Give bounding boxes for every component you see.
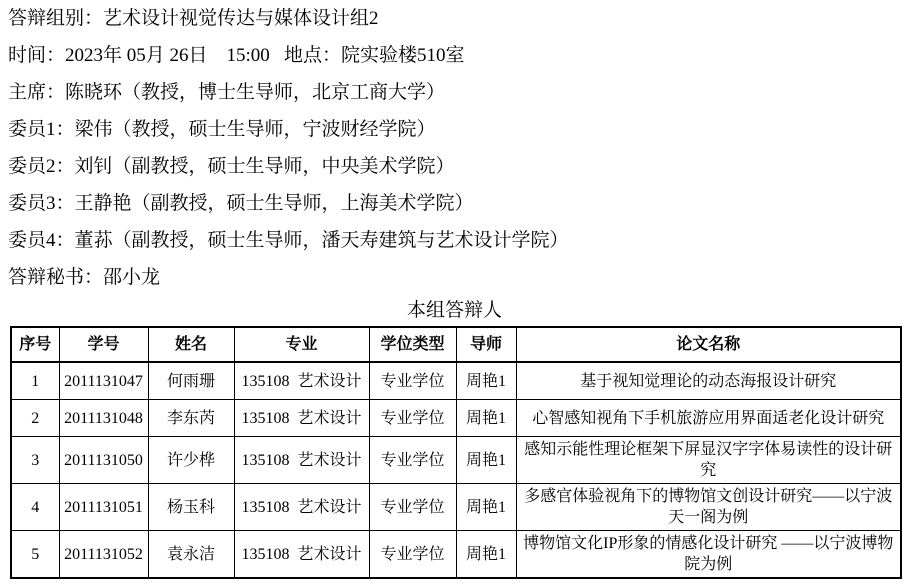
cell-advisor: 周艳1 — [456, 362, 516, 400]
defense-candidates-table: 序号 学号 姓名 专业 学位类型 导师 论文名称 1 2011131047 何雨… — [10, 326, 902, 579]
cell-thesis-title: 多感官体验视角下的博物馆文创设计研究——以宁波天一阁为例 — [516, 484, 901, 531]
cell-name: 许少桦 — [148, 437, 234, 484]
cell-index: 2 — [11, 400, 59, 437]
table-row: 4 2011131051 杨玉科 135108 艺术设计 专业学位 周艳1 多感… — [11, 484, 901, 531]
cell-degree-type: 专业学位 — [369, 400, 456, 437]
member4-line: 委员4：董荪（副教授，硕士生导师，潘天寿建筑与艺术设计学院） — [8, 222, 909, 259]
cell-student-id: 2011131051 — [59, 484, 148, 531]
cell-name: 袁永洁 — [148, 531, 234, 579]
defense-info-block: 答辩组别：艺术设计视觉传达与媒体设计组2 时间：2023年 05月 26日 15… — [0, 0, 909, 296]
secretary-line: 答辩秘书：邵小龙 — [8, 259, 909, 296]
column-header-student-id: 学号 — [59, 327, 148, 362]
cell-major: 135108 艺术设计 — [234, 484, 369, 531]
cell-degree-type: 专业学位 — [369, 484, 456, 531]
cell-thesis-title: 基于视知觉理论的动态海报设计研究 — [516, 362, 901, 400]
cell-major: 135108 艺术设计 — [234, 400, 369, 437]
cell-index: 5 — [11, 531, 59, 579]
table-header-row: 序号 学号 姓名 专业 学位类型 导师 论文名称 — [11, 327, 901, 362]
cell-major: 135108 艺术设计 — [234, 531, 369, 579]
cell-major: 135108 艺术设计 — [234, 437, 369, 484]
member3-line: 委员3：王静艳（副教授，硕士生导师，上海美术学院） — [8, 185, 909, 222]
cell-index: 3 — [11, 437, 59, 484]
cell-name: 杨玉科 — [148, 484, 234, 531]
column-header-name: 姓名 — [148, 327, 234, 362]
member2-line: 委员2：刘钊（副教授，硕士生导师，中央美术学院） — [8, 148, 909, 185]
table-row: 5 2011131052 袁永洁 135108 艺术设计 专业学位 周艳1 博物… — [11, 531, 901, 579]
cell-advisor: 周艳1 — [456, 400, 516, 437]
cell-thesis-title: 博物馆文化IP形象的情感化设计研究 ——以宁波博物院为例 — [516, 531, 901, 579]
member1-line: 委员1：梁伟（教授，硕士生导师，宁波财经学院） — [8, 111, 909, 148]
time-location-line: 时间：2023年 05月 26日 15:00 地点：院实验楼510室 — [8, 37, 909, 74]
defense-document: 答辩组别：艺术设计视觉传达与媒体设计组2 时间：2023年 05月 26日 15… — [0, 0, 909, 586]
cell-major: 135108 艺术设计 — [234, 362, 369, 400]
cell-advisor: 周艳1 — [456, 484, 516, 531]
table-row: 1 2011131047 何雨珊 135108 艺术设计 专业学位 周艳1 基于… — [11, 362, 901, 400]
section-title: 本组答辩人 — [0, 296, 909, 326]
chair-line: 主席：陈晓环（教授，博士生导师，北京工商大学） — [8, 74, 909, 111]
cell-degree-type: 专业学位 — [369, 531, 456, 579]
cell-degree-type: 专业学位 — [369, 437, 456, 484]
cell-name: 何雨珊 — [148, 362, 234, 400]
column-header-major: 专业 — [234, 327, 369, 362]
cell-degree-type: 专业学位 — [369, 362, 456, 400]
cell-index: 1 — [11, 362, 59, 400]
defense-group-line: 答辩组别：艺术设计视觉传达与媒体设计组2 — [8, 0, 909, 37]
cell-advisor: 周艳1 — [456, 531, 516, 579]
cell-thesis-title: 心智感知视角下手机旅游应用界面适老化设计研究 — [516, 400, 901, 437]
column-header-degree-type: 学位类型 — [369, 327, 456, 362]
table-row: 3 2011131050 许少桦 135108 艺术设计 专业学位 周艳1 感知… — [11, 437, 901, 484]
cell-index: 4 — [11, 484, 59, 531]
cell-name: 李东芮 — [148, 400, 234, 437]
cell-student-id: 2011131050 — [59, 437, 148, 484]
cell-student-id: 2011131047 — [59, 362, 148, 400]
cell-student-id: 2011131052 — [59, 531, 148, 579]
column-header-advisor: 导师 — [456, 327, 516, 362]
table-row: 2 2011131048 李东芮 135108 艺术设计 专业学位 周艳1 心智… — [11, 400, 901, 437]
cell-advisor: 周艳1 — [456, 437, 516, 484]
cell-thesis-title: 感知示能性理论框架下屏显汉字字体易读性的设计研究 — [516, 437, 901, 484]
column-header-index: 序号 — [11, 327, 59, 362]
cell-student-id: 2011131048 — [59, 400, 148, 437]
column-header-thesis-title: 论文名称 — [516, 327, 901, 362]
